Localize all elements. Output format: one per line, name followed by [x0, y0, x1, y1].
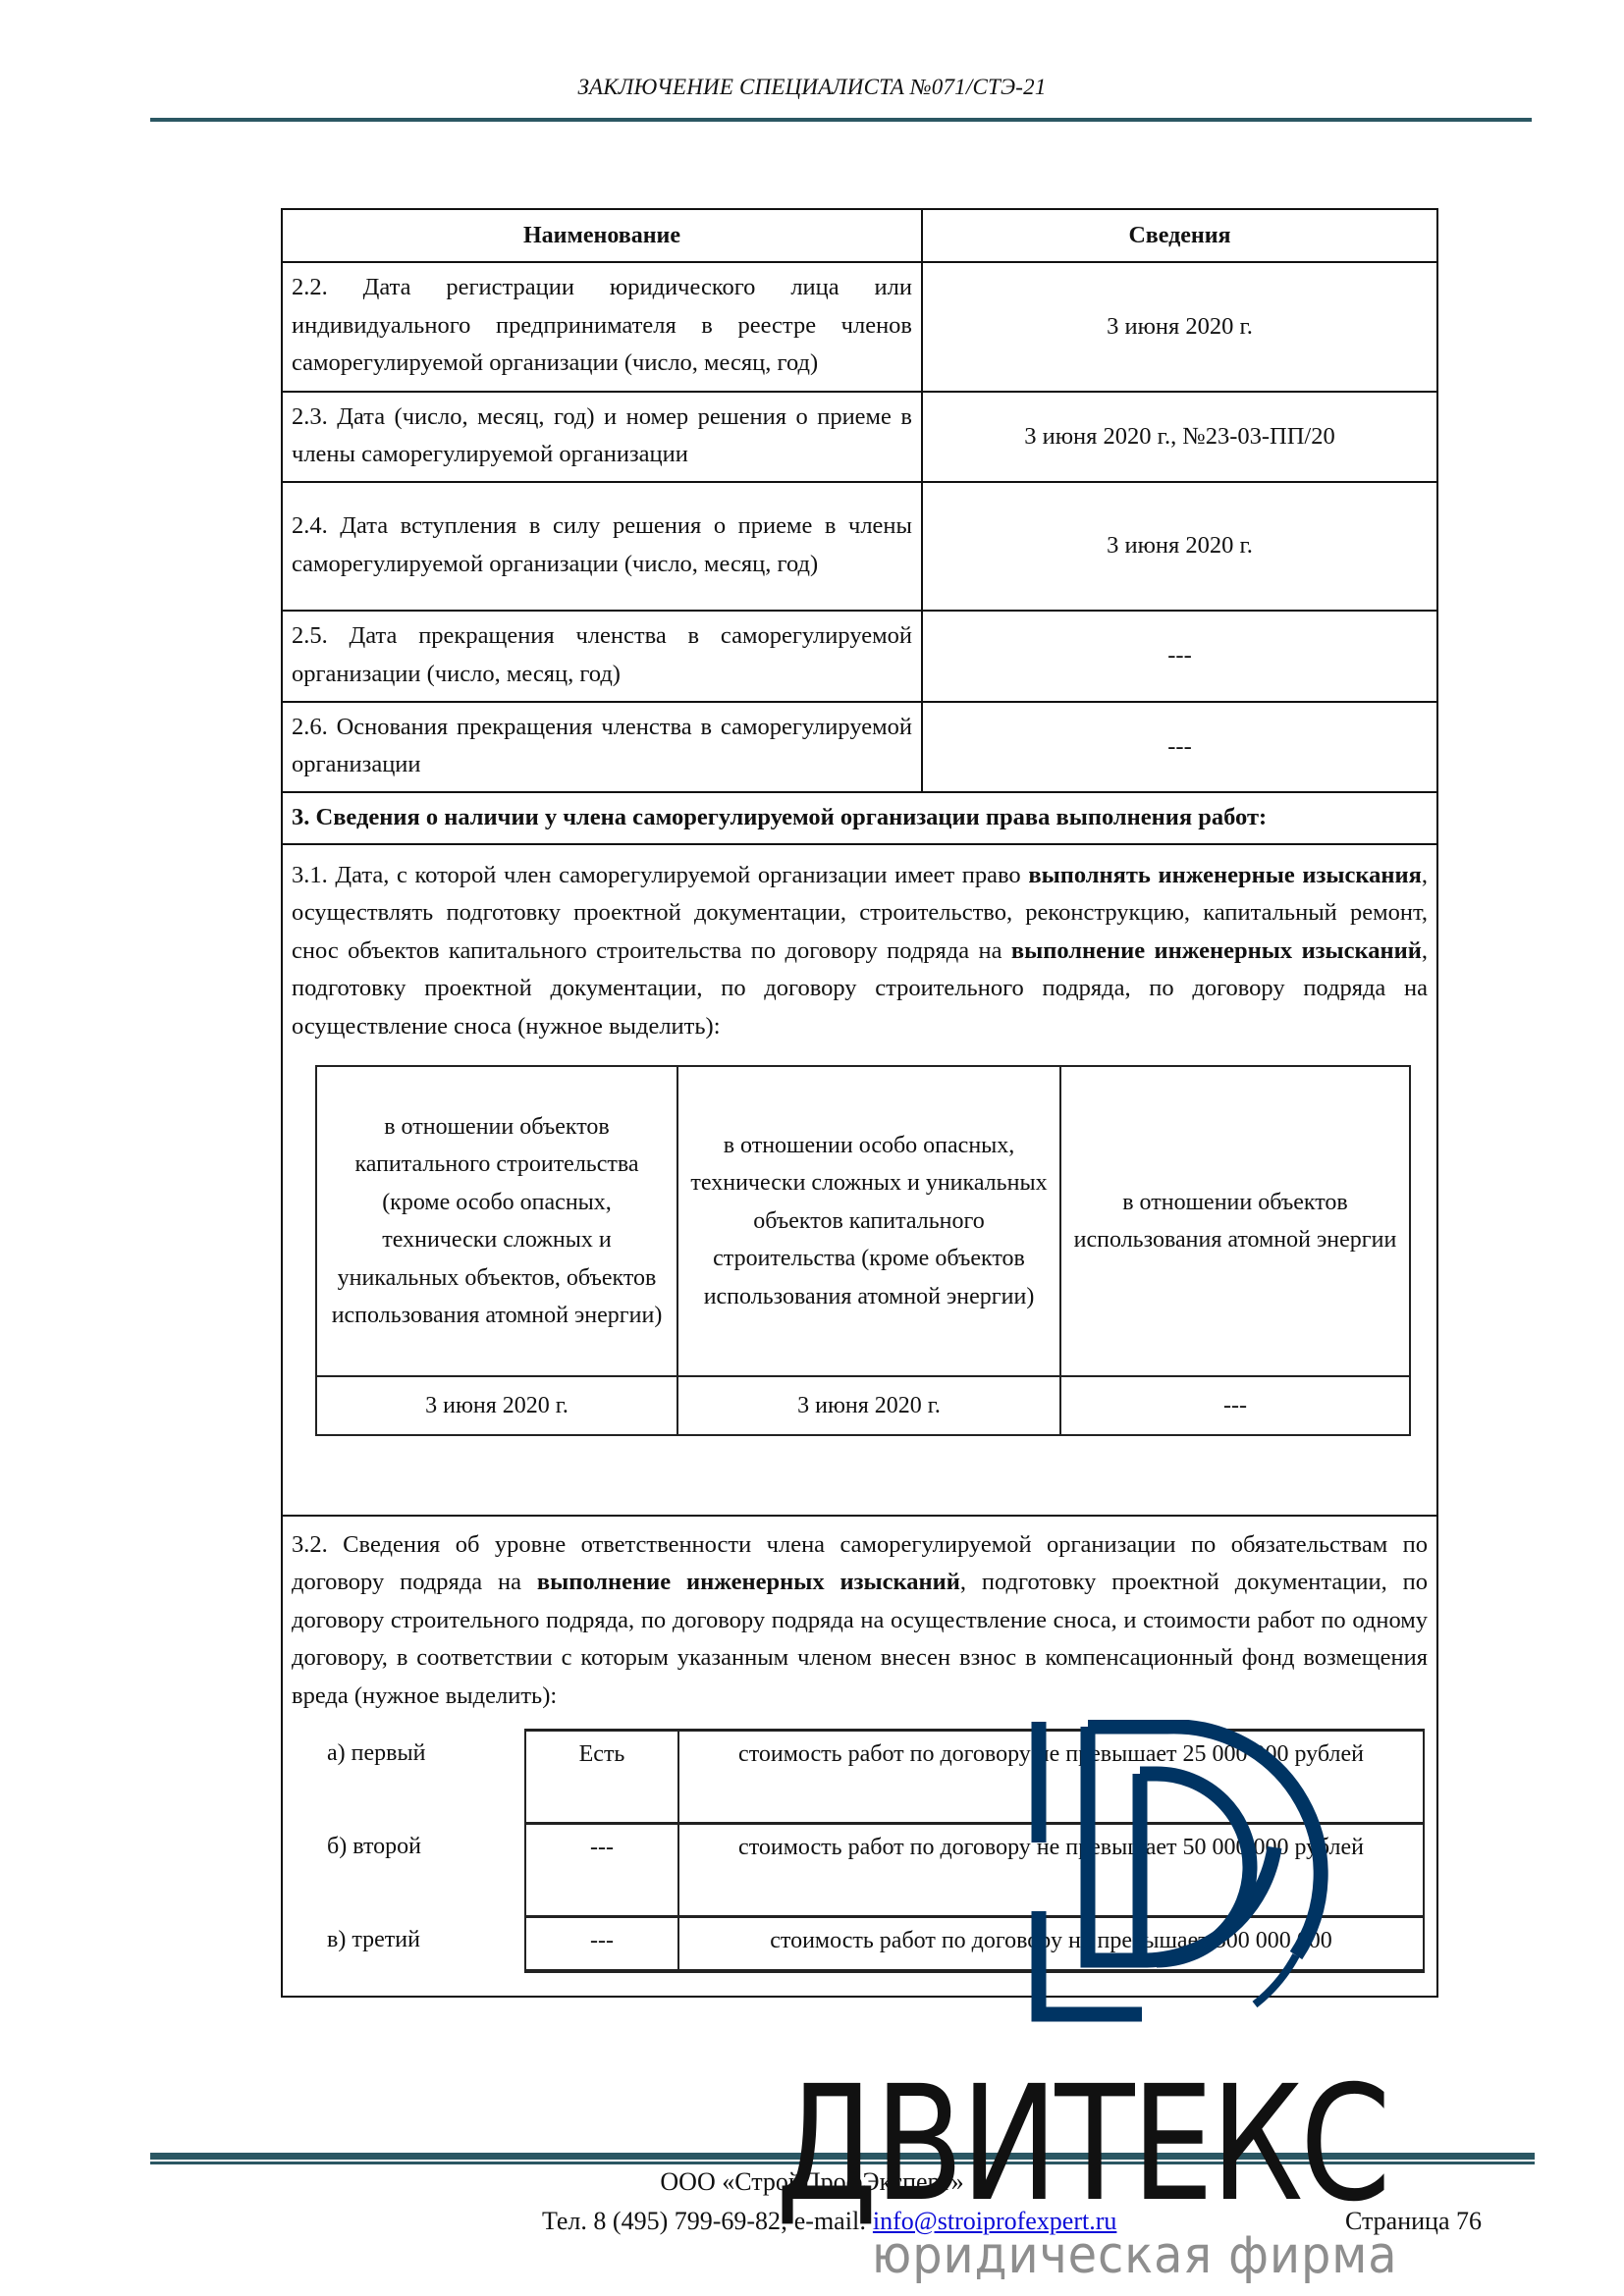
watermark-brand-subtitle: юридическая фирма: [872, 2226, 1398, 2285]
liability-level-label: б) второй: [292, 1824, 525, 1917]
work-rights-date: 3 июня 2020 г.: [316, 1376, 677, 1435]
liability-level-mark: ---: [525, 1824, 678, 1917]
row-value: 3 июня 2020 г.: [922, 482, 1437, 611]
row-name: 2.4. Дата вступления в силу решения о пр…: [282, 482, 922, 611]
table-row: 2.3. Дата (число, месяц, год) и номер ре…: [282, 392, 1437, 482]
item-3-1-emphasis: выполнять инженерные изыскания: [1028, 862, 1422, 888]
row-name: 2.5. Дата прекращения членства в саморег…: [282, 611, 922, 702]
work-rights-category: в отношении объектов использования атомн…: [1060, 1066, 1410, 1376]
row-name: 2.6. Основания прекращения членства в са…: [282, 702, 922, 792]
item-3-1-text: 3.1. Дата, с которой член саморегулируем…: [292, 862, 1028, 888]
liability-level-mark: ---: [525, 1917, 678, 1972]
row-value: 3 июня 2020 г.: [922, 262, 1437, 392]
work-rights-header-row: в отношении объектов капитального строит…: [316, 1066, 1410, 1376]
table-header-row: Наименование Сведения: [282, 209, 1437, 262]
row-value: ---: [922, 702, 1437, 792]
table-row: 2.2. Дата регистрации юридического лица …: [282, 262, 1437, 392]
liability-level-label: а) первый: [292, 1731, 525, 1824]
d-monogram-icon: [1029, 1720, 1363, 2024]
row-value: 3 июня 2020 г., №23-03-ПП/20: [922, 392, 1437, 482]
document-header-title: ЗАКЛЮЧЕНИЕ СПЕЦИАЛИСТА №071/СТЭ-21: [0, 75, 1624, 100]
liability-level-label: в) третий: [292, 1917, 525, 1972]
row-name: 2.2. Дата регистрации юридического лица …: [282, 262, 922, 392]
table-row: 2.6. Основания прекращения членства в са…: [282, 702, 1437, 792]
item-3-1-emphasis: выполнение инженерных изысканий: [1011, 937, 1422, 964]
work-rights-category: в отношении особо опасных, технически сл…: [677, 1066, 1060, 1376]
work-rights-date: 3 июня 2020 г.: [677, 1376, 1060, 1435]
section-3-heading-row: 3. Сведения о наличии у члена саморегули…: [282, 792, 1437, 844]
row-name: 2.3. Дата (число, месяц, год) и номер ре…: [282, 392, 922, 482]
item-3-1-cell: 3.1. Дата, с которой член саморегулируем…: [282, 844, 1437, 1516]
row-value: ---: [922, 611, 1437, 702]
work-rights-date: ---: [1060, 1376, 1410, 1435]
work-rights-table: в отношении объектов капитального строит…: [315, 1065, 1411, 1436]
item-3-1-paragraph: 3.1. Дата, с которой член саморегулируем…: [292, 857, 1428, 1046]
table-row: 2.4. Дата вступления в силу решения о пр…: [282, 482, 1437, 611]
item-3-2-paragraph: 3.2. Сведения об уровне ответственности …: [292, 1526, 1428, 1716]
column-header-name: Наименование: [282, 209, 922, 262]
item-3-1-row: 3.1. Дата, с которой член саморегулируем…: [282, 844, 1437, 1516]
section-3-heading: 3. Сведения о наличии у члена саморегули…: [282, 792, 1437, 844]
work-rights-values-row: 3 июня 2020 г. 3 июня 2020 г. ---: [316, 1376, 1410, 1435]
header-rule: [150, 118, 1532, 122]
liability-level-mark: Есть: [525, 1731, 678, 1824]
watermark-brand-name: ДВИТЕКС: [776, 2061, 1387, 2228]
column-header-value: Сведения: [922, 209, 1437, 262]
table-row: 2.5. Дата прекращения членства в саморег…: [282, 611, 1437, 702]
item-3-2-emphasis: выполнение инженерных изысканий: [537, 1569, 960, 1595]
work-rights-category: в отношении объектов капитального строит…: [316, 1066, 677, 1376]
